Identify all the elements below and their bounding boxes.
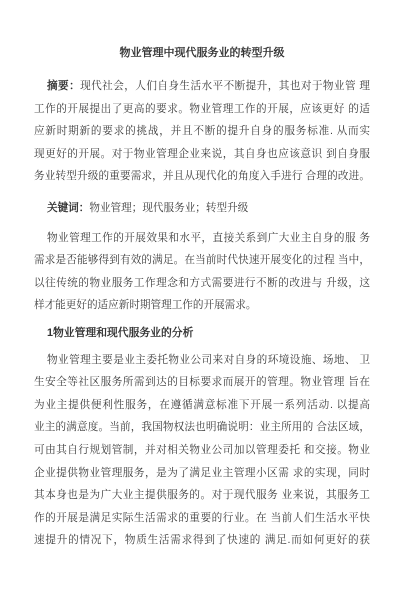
document-page: 物业管理中现代服务业的转型升级 摘要：现代社会，人们自身生活水平不断提升，其也对… bbox=[0, 0, 401, 600]
abstract-line-text: 现代社会，人们自身生活水平不断提升，其也对于物业管 理 bbox=[80, 80, 370, 92]
text-line: 样才能更好的适应新时期管理工作的开展需求。 bbox=[34, 294, 370, 317]
text-line: 以往传统的物业服务工作理念和方式需要进行不断的改进与 升级，这 bbox=[34, 272, 370, 295]
keywords-paragraph: 关键词：物业管理；现代服务业；转型升级 bbox=[34, 197, 370, 220]
text-line: 其本身也是为广大业主提供服务的。对于现代服务 业来说，其服务工 bbox=[34, 484, 370, 507]
text-line: 关键词：物业管理；现代服务业；转型升级 bbox=[34, 197, 370, 220]
text-line: 需求是否能够得到有效的满足。在当前时代快速开展变化的过程 当中， bbox=[34, 249, 370, 272]
document-title: 物业管理中现代服务业的转型升级 bbox=[34, 45, 370, 61]
text-line: 工作的开展提出了更高的要求。物业管理工作的开展，应该更好 的适 bbox=[34, 98, 370, 121]
section-heading: 1物业管理和现代服务业的分析 bbox=[34, 322, 370, 345]
text-line: 为业主提供便利性服务，在遵循满意标准下开展一系列活动. 以提高 bbox=[34, 394, 370, 417]
text-line: 现更好的开展。对于物业管理企业来说，其自身也应该意识 到自身服 bbox=[34, 143, 370, 166]
text-line: 作的开展是满足实际生活需求的重要的行业。在 当前人们生活水平快 bbox=[34, 507, 370, 530]
text-line: 企业提供物业管理服务，是为了满足业主管理小区需 求的实现，同时 bbox=[34, 462, 370, 485]
keywords-label: 关键词： bbox=[47, 202, 89, 214]
section-paragraph: 物业管理主要是业主委托物业公司来对自身的环境设施、场地、 卫 生安全等社区服务所… bbox=[34, 349, 370, 552]
text-line: 物业管理工作的开展效果和水平，直接关系到广大业主自身的服 务 bbox=[34, 227, 370, 250]
intro-paragraph: 物业管理工作的开展效果和水平，直接关系到广大业主自身的服 务 需求是否能够得到有… bbox=[34, 227, 370, 317]
text-line: 可由其自行规划管制，并对相关物业公司加以管理委托 和交接。物业 bbox=[34, 439, 370, 462]
text-line: 业主的满意度。当前，我国物权法也明确说明：业主所用的 合法区域， bbox=[34, 416, 370, 439]
text-line: 生安全等社区服务所需到达的目标要求而展开的管理。物业管理 旨在 bbox=[34, 371, 370, 394]
keywords-text: 物业管理；现代服务业；转型升级 bbox=[89, 202, 248, 214]
text-line: 速提升的情况下，物质生活需求得到了快速的 满足.而如何更好的获 bbox=[34, 529, 370, 552]
text-line: 物业管理主要是业主委托物业公司来对自身的环境设施、场地、 卫 bbox=[34, 349, 370, 372]
text-line: 应新时期新的要求的挑战，并且不断的提升自身的服务标准. 从而实 bbox=[34, 120, 370, 143]
abstract-paragraph: 摘要：现代社会，人们自身生活水平不断提升，其也对于物业管 理 工作的开展提出了更… bbox=[34, 75, 370, 188]
text-line: 摘要：现代社会，人们自身生活水平不断提升，其也对于物业管 理 bbox=[34, 75, 370, 98]
text-line: 务业转型升级的重要需求，并且从现代化的角度入手进行 合理的改进。 bbox=[34, 165, 370, 188]
abstract-label: 摘要： bbox=[47, 80, 80, 92]
